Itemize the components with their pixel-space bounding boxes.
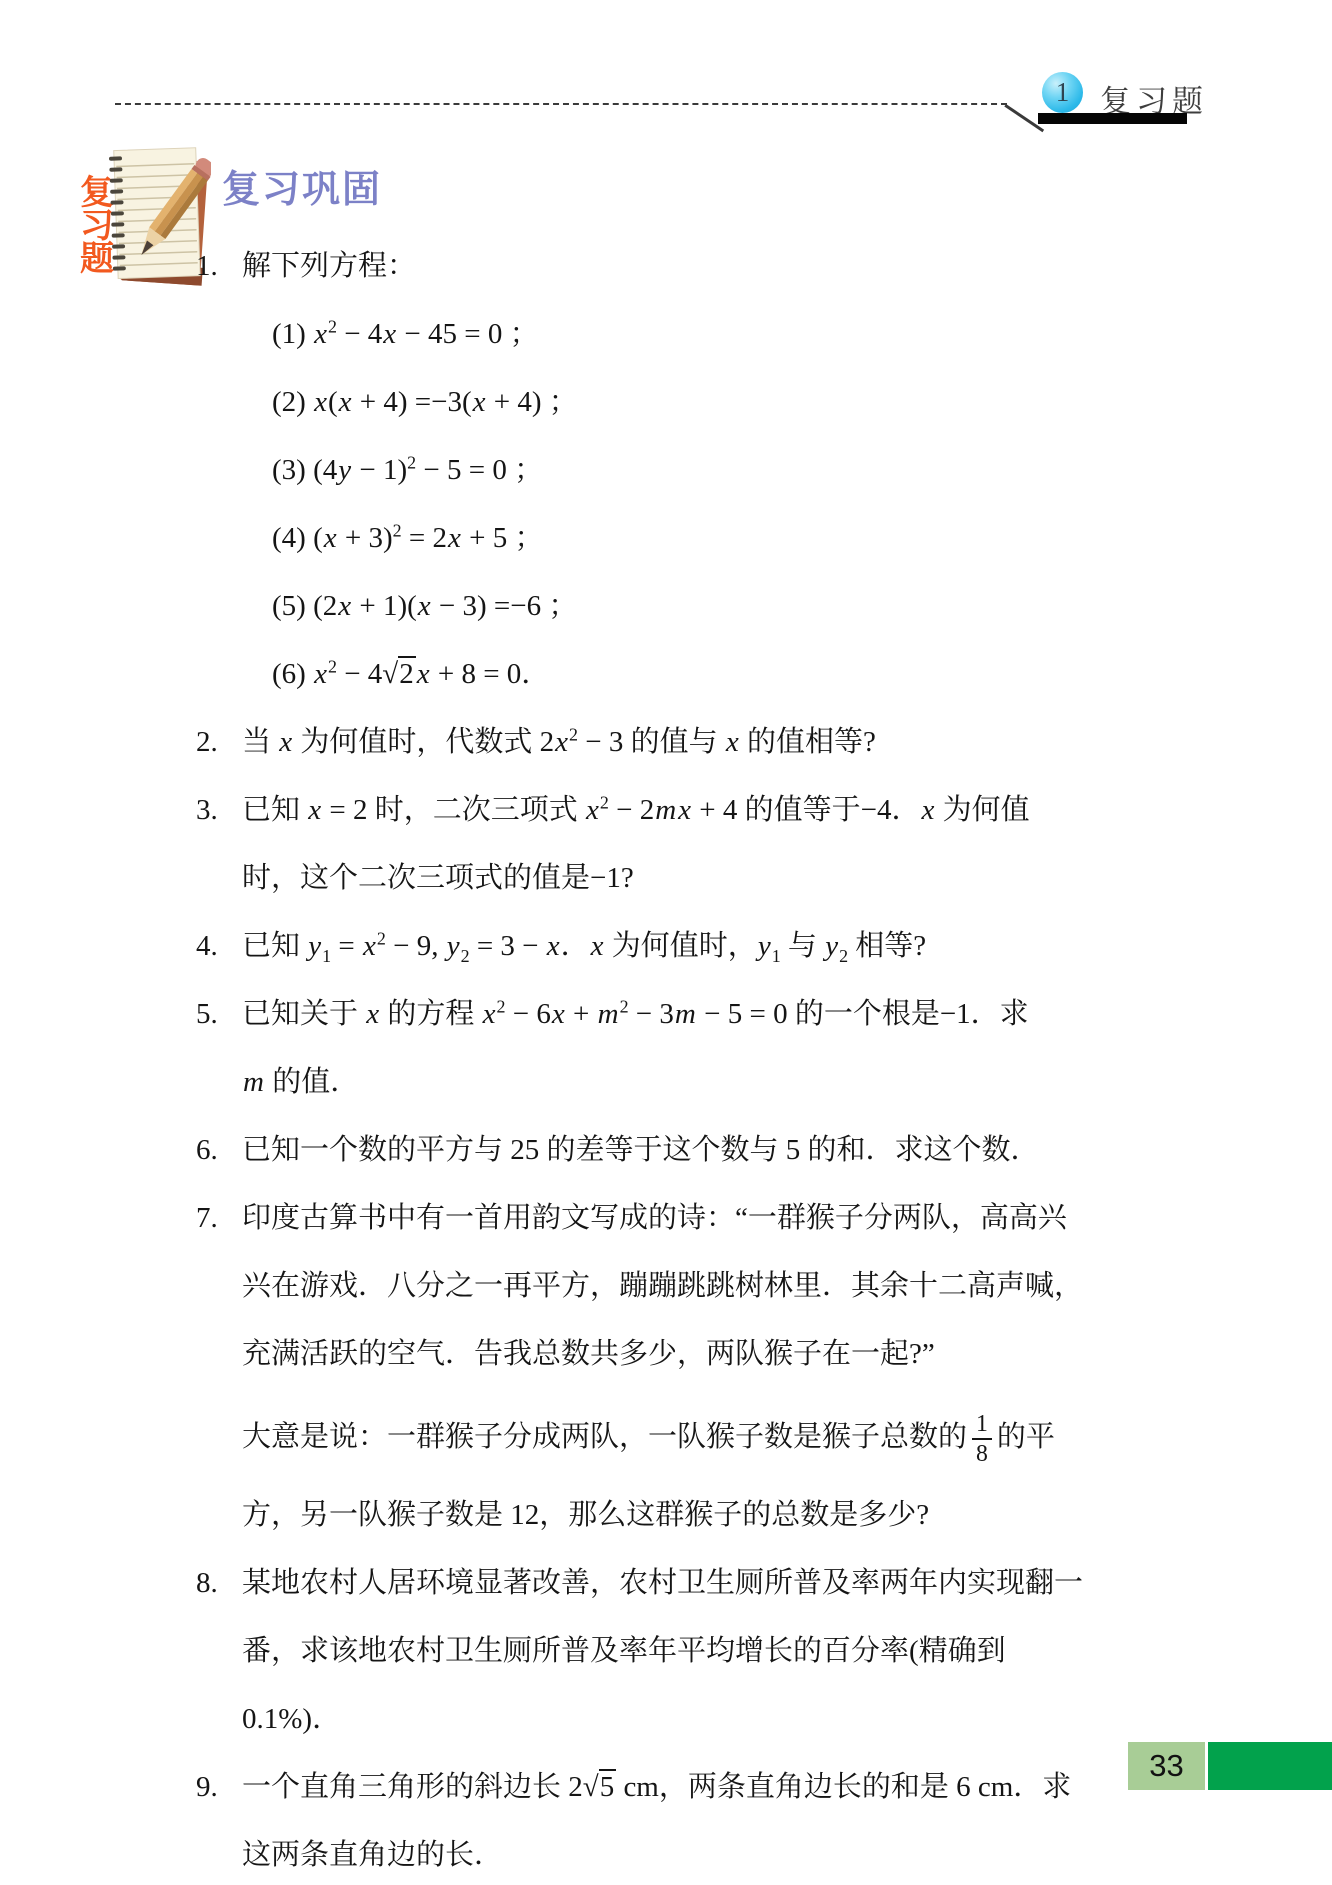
problem-line: 当 x 为何值时，代数式 2x2 − 3 的值与 x 的值相等? xyxy=(242,708,1171,776)
problem-line: 某地农村人居环境显著改善，农村卫生厕所普及率两年内实现翻一 xyxy=(242,1549,1171,1617)
problem-number: 2. xyxy=(196,708,242,776)
problem-item: 2.当 x 为何值时，代数式 2x2 − 3 的值与 x 的值相等? xyxy=(196,708,1171,776)
problem-item: 7.印度古算书中有一首用韵文写成的诗：“一群猴子分两队，高高兴兴在游戏．八分之一… xyxy=(196,1184,1171,1549)
problem-line: 方，另一队猴子数是 12，那么这群猴子的总数是多少? xyxy=(242,1481,1171,1549)
problem-line: 番，求该地农村卫生厕所普及率年平均增长的百分率(精确到 xyxy=(242,1617,1171,1685)
problem-line: m 的值． xyxy=(242,1048,1171,1116)
problem-number: 6. xyxy=(196,1116,242,1184)
problem-item: 8.某地农村人居环境显著改善，农村卫生厕所普及率两年内实现翻一番，求该地农村卫生… xyxy=(196,1549,1171,1753)
problem-body: 某地农村人居环境显著改善，农村卫生厕所普及率两年内实现翻一番，求该地农村卫生厕所… xyxy=(242,1549,1171,1753)
fraction: 18 xyxy=(972,1412,992,1467)
problem-line: 已知关于 x 的方程 x2 − 6x + m2 − 3m − 5 = 0 的一个… xyxy=(242,980,1171,1048)
problem-number: 5. xyxy=(196,980,242,1048)
problem-item: 1.解下列方程：(1) x2 − 4x − 45 = 0 ；(2) x(x + … xyxy=(196,232,1171,708)
problem-body: 已知关于 x 的方程 x2 − 6x + m2 − 3m − 5 = 0 的一个… xyxy=(242,980,1171,1116)
sqrt-radical: √2 xyxy=(382,656,415,690)
problem-line: 0.1%)． xyxy=(242,1685,1171,1753)
problem-body: 已知 y1 = x2 − 9, y2 = 3 − x．x 为何值时，y1 与 y… xyxy=(242,912,1171,980)
review-section-icon: 复 习 题 xyxy=(58,145,208,293)
problem-line: 解下列方程： xyxy=(242,232,1171,300)
problem-line: 印度古算书中有一首用韵文写成的诗：“一群猴子分两队，高高兴 xyxy=(242,1184,1171,1252)
problem-line: 已知 y1 = x2 − 9, y2 = 3 − x．x 为何值时，y1 与 y… xyxy=(242,912,1171,980)
problem-line: 已知一个数的平方与 25 的差等于这个数与 5 的和．求这个数． xyxy=(242,1116,1171,1184)
page-footer-green-block xyxy=(1208,1742,1332,1790)
problem-line: (3) (4y − 1)2 − 5 = 0 ； xyxy=(242,436,1171,504)
problem-line: (5) (2x + 1)(x − 3) =−6 ； xyxy=(242,572,1171,640)
problem-body: 已知 x = 2 时，二次三项式 x2 − 2mx + 4 的值等于−4．x 为… xyxy=(242,776,1171,912)
problem-line: (2) x(x + 4) =−3(x + 4) ； xyxy=(242,368,1171,436)
problem-body: 印度古算书中有一首用韵文写成的诗：“一群猴子分两队，高高兴兴在游戏．八分之一再平… xyxy=(242,1184,1171,1549)
page-number: 33 xyxy=(1149,1748,1183,1784)
sqrt-radical: √5 xyxy=(583,1769,616,1803)
problem-body: 一个直角三角形的斜边长 2√5 cm，两条直角边长的和是 6 cm．求这两条直角… xyxy=(242,1753,1171,1885)
problem-number: 9. xyxy=(196,1753,242,1821)
problem-line: 时，这个二次三项式的值是−1? xyxy=(242,844,1171,912)
problem-line: 大意是说：一群猴子分成两队，一队猴子数是猴子总数的18的平 xyxy=(242,1388,1171,1481)
problem-number: 4. xyxy=(196,912,242,980)
problem-line: (4) (x + 3)2 = 2x + 5 ； xyxy=(242,504,1171,572)
chapter-underline-bar xyxy=(1038,113,1187,124)
problem-line: 已知 x = 2 时，二次三项式 x2 − 2mx + 4 的值等于−4．x 为… xyxy=(242,776,1171,844)
problem-line: (6) x2 − 4√2x + 8 = 0． xyxy=(242,640,1171,708)
chapter-number: 1 xyxy=(1056,77,1070,108)
problem-item: 5.已知关于 x 的方程 x2 − 6x + m2 − 3m − 5 = 0 的… xyxy=(196,980,1171,1116)
problem-line: 这两条直角边的长． xyxy=(242,1821,1171,1885)
problem-body: 已知一个数的平方与 25 的差等于这个数与 5 的和．求这个数． xyxy=(242,1116,1171,1184)
problem-line: (1) x2 − 4x − 45 = 0 ； xyxy=(242,300,1171,368)
problem-item: 4.已知 y1 = x2 − 9, y2 = 3 − x．x 为何值时，y1 与… xyxy=(196,912,1171,980)
problem-item: 3.已知 x = 2 时，二次三项式 x2 − 2mx + 4 的值等于−4．x… xyxy=(196,776,1171,912)
problem-line: 充满活跃的空气．告我总数共多少，两队猴子在一起?” xyxy=(242,1320,1171,1388)
problem-item: 6.已知一个数的平方与 25 的差等于这个数与 5 的和．求这个数． xyxy=(196,1116,1171,1184)
problem-number: 1. xyxy=(196,232,242,300)
problem-line: 兴在游戏．八分之一再平方，蹦蹦跳跳树林里．其余十二高声喊， xyxy=(242,1252,1171,1320)
problem-number: 8. xyxy=(196,1549,242,1617)
problem-body: 解下列方程：(1) x2 − 4x − 45 = 0 ；(2) x(x + 4)… xyxy=(242,232,1171,708)
section-title: 复习巩固 xyxy=(222,158,382,213)
textbook-page: 1 复习题 复 习 题 xyxy=(0,0,1332,1885)
problems-list: 1.解下列方程：(1) x2 − 4x − 45 = 0 ；(2) x(x + … xyxy=(196,232,1171,1885)
problem-number: 3. xyxy=(196,776,242,844)
header-dashed-rule xyxy=(115,103,1007,105)
problem-item: 9.一个直角三角形的斜边长 2√5 cm，两条直角边长的和是 6 cm．求这两条… xyxy=(196,1753,1171,1885)
problem-line: 一个直角三角形的斜边长 2√5 cm，两条直角边长的和是 6 cm．求 xyxy=(242,1753,1171,1821)
problem-body: 当 x 为何值时，代数式 2x2 − 3 的值与 x 的值相等? xyxy=(242,708,1171,776)
page-number-box: 33 xyxy=(1128,1742,1205,1790)
problem-number: 7. xyxy=(196,1184,242,1252)
chapter-number-badge: 1 xyxy=(1042,72,1083,113)
